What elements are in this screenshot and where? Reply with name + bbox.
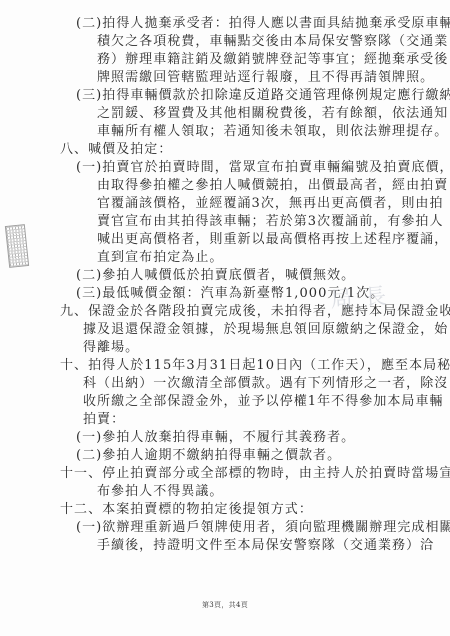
document-page: (二)拍得人拋棄承受者：拍得人應以書面具結拋棄承受原車輛積欠之各項稅費，車輛點交… <box>0 0 450 636</box>
text-line: 十二、本案拍賣標的物拍定後提領方式： <box>60 502 313 518</box>
text-line: (一)參拍人放棄拍得車輛，不履行其義務者。 <box>76 430 355 446</box>
text-line: 積欠之各項稅費，車輛點交後由本局保安警察隊（交通業 <box>97 34 448 50</box>
text-line: 收所繳之全部保證金外，並予以停權1年不得參加本局車輛 <box>83 394 444 410</box>
text-line: (二)參拍人喊價低於拍賣底價者，喊價無效。 <box>76 268 355 284</box>
text-line: (一)欲辦理重新過戶領牌使用者，須向監理機關辦理完成相關 <box>76 520 450 536</box>
text-line: (一)拍賣官於拍賣時間，當眾宣布拍賣車輛編號及拍賣底價， <box>76 160 450 176</box>
text-line: 八、喊價及拍定： <box>60 142 172 158</box>
text-line: 布參拍人不得異議。 <box>97 484 223 500</box>
text-line: 十一、停止拍賣部分或全部標的物時，由主持人於拍賣時當場宣 <box>60 466 450 482</box>
text-line: 車輛所有權人領取；若通知後未領取，則依法辦理提存。 <box>97 124 448 140</box>
text-line: 賣官宣布由其拍得該車輛；若於第3次覆誦前，有參拍人 <box>97 214 444 230</box>
text-line: (二)參拍人逾期不繳納拍得車輛之價款者。 <box>76 448 341 464</box>
seal-stamp <box>5 224 29 268</box>
text-line: 官覆誦該價格，並經覆誦3次，無再出更高價者，則由拍 <box>97 196 444 212</box>
text-line: 務）辦理車籍註銷及繳銷號牌登記等事宜；經拋棄承受後 <box>97 52 448 68</box>
text-line: 得離場。 <box>83 340 139 356</box>
text-line: 由取得參拍權之參拍人喊價競拍，出價最高者，經由拍賣 <box>97 178 448 194</box>
text-line: 喊出更高價格者，則重新以最高價格再按上述程序覆誦， <box>97 232 448 248</box>
text-line: 手續後，持證明文件至本局保安警察隊（交通業務）洽 <box>97 538 434 554</box>
text-line: (二)拍得人拋棄承受者：拍得人應以書面具結拋棄承受原車輛 <box>76 16 450 32</box>
text-line: 科（出納）一次繳清全部價款。遇有下列情形之一者，除沒 <box>83 376 448 392</box>
text-line: 十、拍得人於115年3月31日起10日內（工作天），應至本局秘書 <box>60 358 450 374</box>
text-line: 拍賣： <box>83 412 125 428</box>
text-line: 直到宣布拍定為止。 <box>97 250 223 266</box>
text-line: (三)拍得車輛價款於扣除違反道路交通管理條例規定應行繳納 <box>76 88 450 104</box>
text-line: 牌照需繳回管轄監理站逕行報廢，且不得再請領牌照。 <box>97 70 434 86</box>
page-number: 第3頁，共4頁 <box>0 600 450 610</box>
text-line: 之罰鍰、移置費及其他相關稅費後，若有餘額，依法通知 <box>97 106 448 122</box>
text-line: 據及退還保證金領據，於現場無息領回原繳納之保證金，始 <box>83 322 448 338</box>
